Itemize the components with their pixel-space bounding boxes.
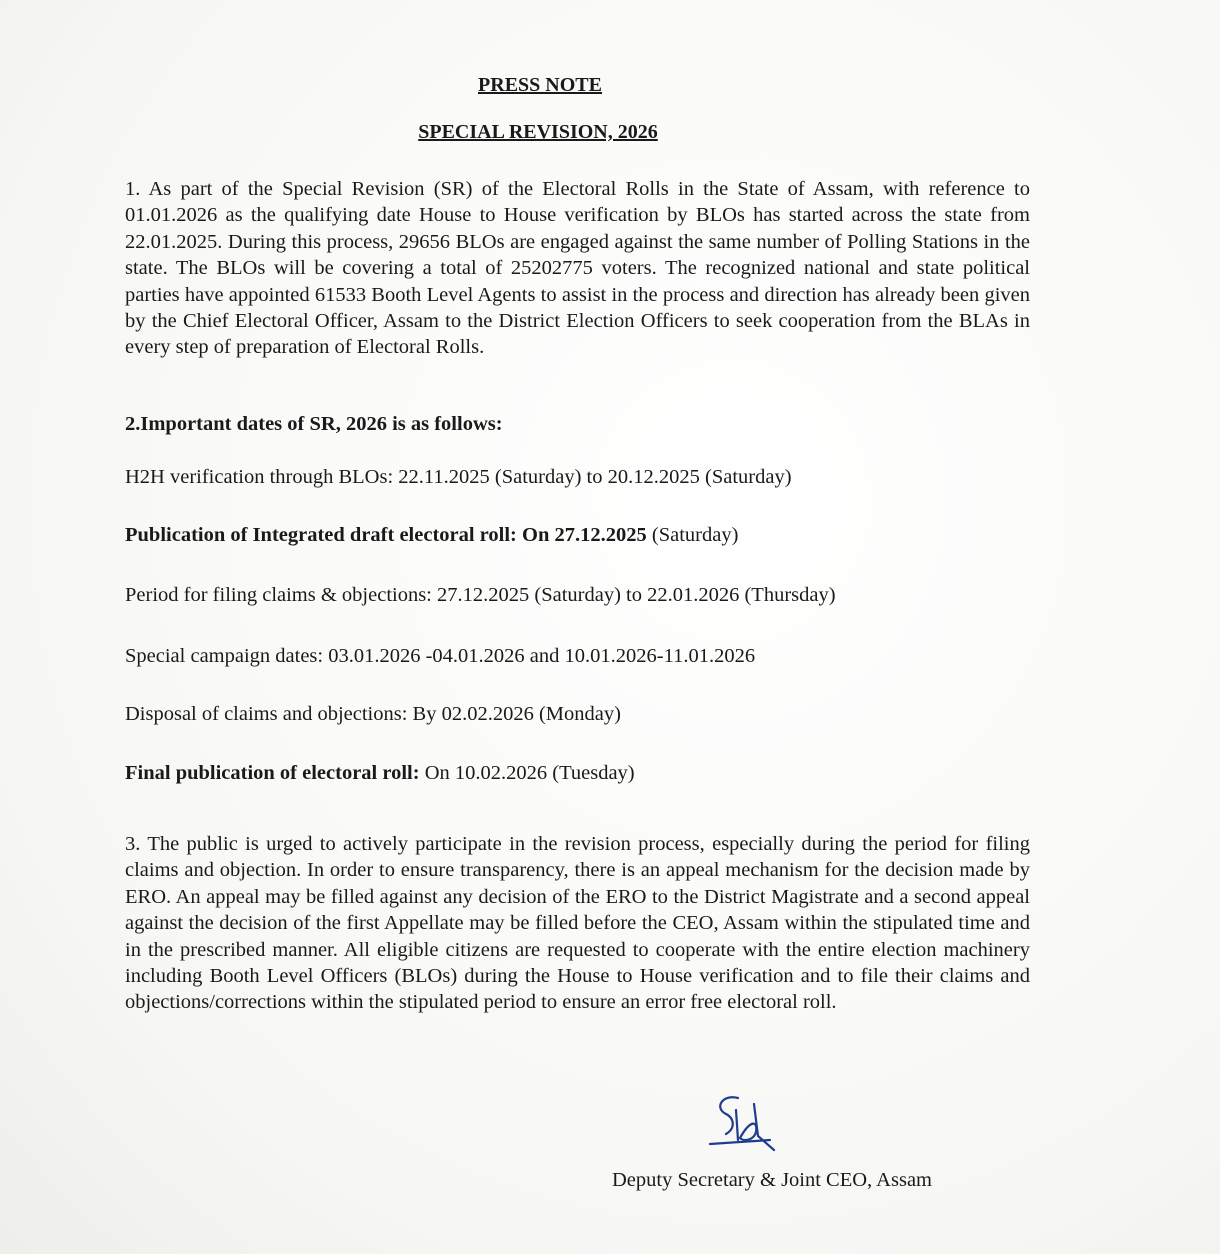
date-row-disposal: Disposal of claims and objections: By 02… [125,703,621,726]
date-label: Disposal of claims and objections: [125,703,407,725]
paragraph-3: 3. The public is urged to actively parti… [125,831,1030,1016]
date-label: H2H verification through BLOs: [125,466,393,488]
date-value: 27.12.2025 (Saturday) to 22.01.2026 (Thu… [432,584,836,606]
date-row-claims-objections: Period for filing claims & objections: 2… [125,584,836,607]
date-row-h2h-verification: H2H verification through BLOs: 22.11.202… [125,466,792,489]
paragraph-1: 1. As part of the Special Revision (SR) … [125,176,1030,361]
document-page: PRESS NOTE SPECIAL REVISION, 2026 1. As … [0,0,1220,1254]
date-value: 03.01.2026 -04.01.2026 and 10.01.2026-11… [323,645,755,667]
document-subtitle: SPECIAL REVISION, 2026 [0,121,1078,144]
date-row-special-campaign: Special campaign dates: 03.01.2026 -04.0… [125,645,755,668]
date-label: Period for filing claims & objections: [125,584,432,606]
section-2-heading: 2.Important dates of SR, 2026 is as foll… [125,413,503,436]
press-note-title: PRESS NOTE [0,74,1080,97]
date-value: 22.11.2025 (Saturday) to 20.12.2025 (Sat… [393,466,791,488]
date-label: Publication of Integrated draft electora… [125,524,517,546]
date-row-draft-publication: Publication of Integrated draft electora… [125,524,738,547]
date-value: On 27.12.2025 (Saturday) [517,524,739,546]
date-row-final-publication: Final publication of electoral roll: On … [125,762,635,785]
date-value: By 02.02.2026 (Monday) [407,703,621,725]
signatory-designation: Deputy Secretary & Joint CEO, Assam [612,1169,932,1192]
date-label: Final publication of electoral roll: [125,762,420,784]
date-value: On 10.02.2026 (Tuesday) [420,762,635,784]
date-label: Special campaign dates: [125,645,323,667]
signature-icon [700,1090,790,1160]
